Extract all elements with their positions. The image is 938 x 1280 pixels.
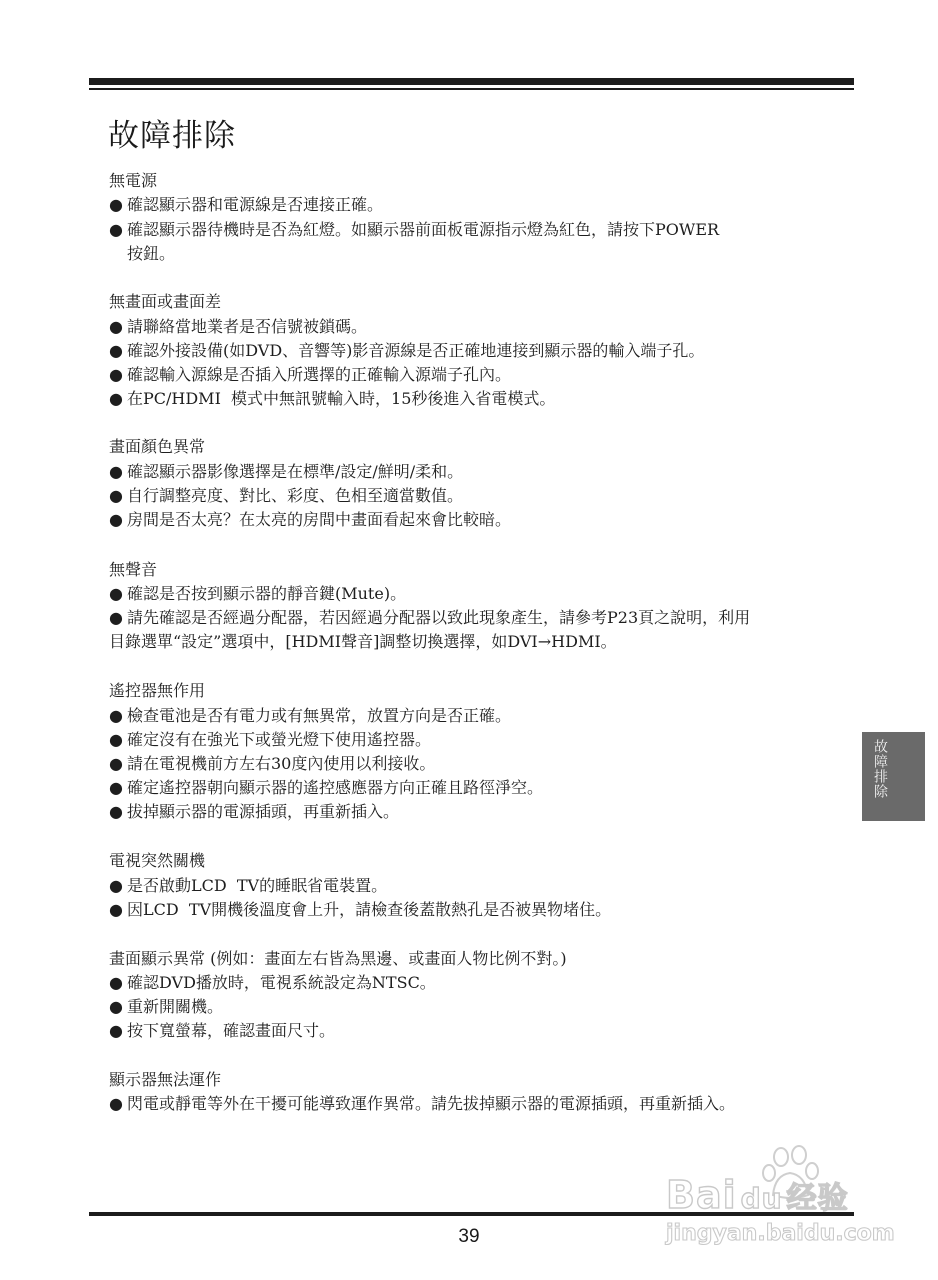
list-item: ●因LCD TV開機後溫度會上升，請檢查後蓋散熱孔是否被異物堵住。 xyxy=(109,899,611,921)
list-item: ●拔掉顯示器的電源插頭，再重新插入。 xyxy=(109,801,399,823)
list-item-text: 檢查電池是否有電力或有無異常，放置方向是否正確。 xyxy=(127,706,511,725)
list-item-text: 閃電或靜電等外在干擾可能導致運作異常。請先拔掉顯示器的電源插頭，再重新插入。 xyxy=(127,1094,735,1113)
list-item-text: 房間是否太亮？在太亮的房間中畫面看起來會比較暗。 xyxy=(127,510,511,529)
list-item-text: 確認DVD播放時，電視系統設定為NTSC。 xyxy=(127,973,436,992)
list-item-text: 確定沒有在強光下或螢光燈下使用遙控器。 xyxy=(127,730,431,749)
bullet-icon: ● xyxy=(109,219,127,241)
list-item-text: 按下寬螢幕，確認畫面尺寸。 xyxy=(127,1021,335,1040)
bullet-icon: ● xyxy=(109,972,127,994)
page-title: 故障排除 xyxy=(108,116,236,156)
bullet-icon: ● xyxy=(109,316,127,338)
list-item: ●請在電視機前方左右30度內使用以利接收。 xyxy=(109,753,435,775)
list-item-text: 是否啟動LCD TV的睡眠省電裝置。 xyxy=(127,876,387,895)
bullet-icon: ● xyxy=(109,875,127,897)
list-item-text: 請先確認是否經過分配器，若因經過分配器以致此現象產生，請參考P23頁之說明，利用 xyxy=(127,608,750,627)
bullet-icon: ● xyxy=(109,485,127,507)
list-item: ●確認輸入源線是否插入所選擇的正確輸入源端子孔內。 xyxy=(109,364,511,386)
bullet-icon: ● xyxy=(109,729,127,751)
list-item-text: 確定遙控器朝向顯示器的遙控感應器方向正確且路徑淨空。 xyxy=(127,778,543,797)
bullet-icon: ● xyxy=(109,583,127,605)
list-item: ●請先確認是否經過分配器，若因經過分配器以致此現象產生，請參考P23頁之說明，利… xyxy=(109,607,750,629)
list-item-text: 確認輸入源線是否插入所選擇的正確輸入源端子孔內。 xyxy=(127,365,511,384)
list-item: ●是否啟動LCD TV的睡眠省電裝置。 xyxy=(109,875,387,897)
list-item: ●重新開關機。 xyxy=(109,996,223,1018)
list-item: ●確認顯示器和電源線是否連接正確。 xyxy=(109,194,383,216)
section-heading: 無電源 xyxy=(109,170,157,192)
header-rule-thin xyxy=(89,88,854,90)
list-item: ●確認顯示器影像選擇是在標準/設定/鮮明/柔和。 xyxy=(109,461,463,483)
list-item: ●確定遙控器朝向顯示器的遙控感應器方向正確且路徑淨空。 xyxy=(109,777,543,799)
list-item: ●按下寬螢幕，確認畫面尺寸。 xyxy=(109,1020,335,1042)
list-item-text: 拔掉顯示器的電源插頭，再重新插入。 xyxy=(127,802,399,821)
list-item-text: 重新開關機。 xyxy=(127,997,223,1016)
list-item: ●在PC/HDMI 模式中無訊號輸入時，15秒後進入省電模式。 xyxy=(109,388,555,410)
side-chapter-tab: 故障排除 xyxy=(862,732,925,821)
section-heading: 電視突然關機 xyxy=(109,850,205,872)
list-item: ●確認是否按到顯示器的靜音鍵(Mute)。 xyxy=(109,583,406,605)
list-item: ●自行調整亮度、對比、彩度、色相至適當數值。 xyxy=(109,485,463,507)
list-item: ●確認顯示器待機時是否為紅燈。如顯示器前面板電源指示燈為紅色，請按下POWER xyxy=(109,219,719,241)
list-item-text: 自行調整亮度、對比、彩度、色相至適當數值。 xyxy=(127,486,463,505)
bullet-icon: ● xyxy=(109,364,127,386)
list-item-text: 確認是否按到顯示器的靜音鍵(Mute)。 xyxy=(127,584,406,603)
list-item-text: 確認顯示器和電源線是否連接正確。 xyxy=(127,195,383,214)
watermark-brand-bai: Bai xyxy=(666,1173,737,1217)
side-chapter-tab-label: 故障排除 xyxy=(873,739,889,799)
list-item-text: 確認外接設備(如DVD、音響等)影音源線是否正確地連接到顯示器的輸入端子孔。 xyxy=(127,341,704,360)
list-item: ●請聯絡當地業者是否信號被鎖碼。 xyxy=(109,316,367,338)
list-item: ●房間是否太亮？在太亮的房間中畫面看起來會比較暗。 xyxy=(109,509,511,531)
bullet-icon: ● xyxy=(109,509,127,531)
section-heading: 畫面顯示異常 (例如：畫面左右皆為黑邊、或畫面人物比例不對。) xyxy=(109,948,567,970)
bullet-icon: ● xyxy=(109,753,127,775)
footer-rule xyxy=(89,1212,854,1216)
bullet-icon: ● xyxy=(109,388,127,410)
list-item-text: 請聯絡當地業者是否信號被鎖碼。 xyxy=(127,317,367,336)
section-heading: 無畫面或畫面差 xyxy=(109,291,221,313)
list-item: ●確認外接設備(如DVD、音響等)影音源線是否正確地連接到顯示器的輸入端子孔。 xyxy=(109,340,704,362)
list-item-text: 確認顯示器待機時是否為紅燈。如顯示器前面板電源指示燈為紅色，請按下POWER xyxy=(127,220,719,239)
section-heading: 無聲音 xyxy=(109,559,157,581)
list-item-continuation: 目錄選單“設定”選項中，[HDMI聲音]調整切換選擇，如DVI→HDMI。 xyxy=(109,631,617,653)
bullet-icon: ● xyxy=(109,705,127,727)
list-item: ●檢查電池是否有電力或有無異常，放置方向是否正確。 xyxy=(109,705,511,727)
list-item: ●確定沒有在強光下或螢光燈下使用遙控器。 xyxy=(109,729,431,751)
watermark-brand: Baidu经验 xyxy=(666,1173,849,1217)
watermark-brand-cn: 经验 xyxy=(787,1181,849,1216)
bullet-icon: ● xyxy=(109,607,127,629)
bullet-icon: ● xyxy=(109,1020,127,1042)
bullet-icon: ● xyxy=(109,1093,127,1115)
bullet-icon: ● xyxy=(109,899,127,921)
bullet-icon: ● xyxy=(109,996,127,1018)
list-item-text: 確認顯示器影像選擇是在標準/設定/鮮明/柔和。 xyxy=(127,462,463,481)
bullet-icon: ● xyxy=(109,461,127,483)
page-number: 39 xyxy=(0,1226,938,1248)
bullet-icon: ● xyxy=(109,194,127,216)
header-rule-thick xyxy=(89,78,854,85)
section-heading: 畫面顏色異常 xyxy=(109,436,205,458)
watermark-brand-du: du xyxy=(741,1182,783,1215)
section-heading: 顯示器無法運作 xyxy=(109,1069,221,1091)
list-item-text: 請在電視機前方左右30度內使用以利接收。 xyxy=(127,754,435,773)
list-item: ●閃電或靜電等外在干擾可能導致運作異常。請先拔掉顯示器的電源插頭，再重新插入。 xyxy=(109,1093,735,1115)
paw-logo-icon xyxy=(761,1143,821,1203)
section-heading: 遙控器無作用 xyxy=(109,680,205,702)
list-item-continuation: 按鈕。 xyxy=(127,243,175,265)
list-item: ●確認DVD播放時，電視系統設定為NTSC。 xyxy=(109,972,436,994)
list-item-text: 因LCD TV開機後溫度會上升，請檢查後蓋散熱孔是否被異物堵住。 xyxy=(127,900,611,919)
bullet-icon: ● xyxy=(109,777,127,799)
bullet-icon: ● xyxy=(109,801,127,823)
bullet-icon: ● xyxy=(109,340,127,362)
list-item-text: 在PC/HDMI 模式中無訊號輸入時，15秒後進入省電模式。 xyxy=(127,389,555,408)
